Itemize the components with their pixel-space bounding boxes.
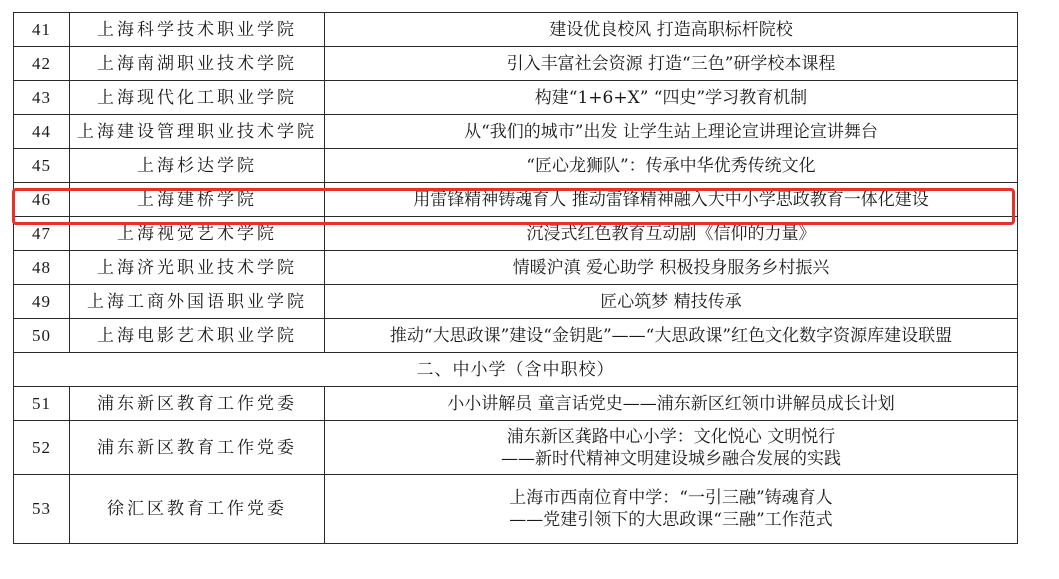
table-row: 53 徐汇区教育工作党委 上海市西南位育中学：“一引三融”铸魂育人 ——党建引领… xyxy=(14,475,1018,544)
project-title: 上海市西南位育中学：“一引三融”铸魂育人 ——党建引领下的大思政课“三融”工作范… xyxy=(325,475,1018,544)
table-row: 49 上海工商外国语职业学院 匠心筑梦 精技传承 xyxy=(14,285,1018,319)
row-number: 47 xyxy=(14,217,70,251)
table-row: 48 上海济光职业技术学院 情暖沪滇 爱心助学 积极投身服务乡村振兴 xyxy=(14,251,1018,285)
project-title: 沉浸式红色教育互动剧《信仰的力量》 xyxy=(325,217,1018,251)
project-title: 用雷锋精神铸魂育人 推动雷锋精神融入大中小学思政教育一体化建设 xyxy=(325,183,1018,217)
project-title-line: 上海市西南位育中学：“一引三融”铸魂育人 xyxy=(325,487,1017,509)
row-number: 50 xyxy=(14,319,70,353)
project-title: 匠心筑梦 精技传承 xyxy=(325,285,1018,319)
unit-name: 上海南湖职业技术学院 xyxy=(70,47,325,81)
table-row: 42 上海南湖职业技术学院 引入丰富社会资源 打造“三色”研学校本课程 xyxy=(14,47,1018,81)
unit-name: 上海科学技术职业学院 xyxy=(70,13,325,47)
project-title: 情暖沪滇 爱心助学 积极投身服务乡村振兴 xyxy=(325,251,1018,285)
table-row: 50 上海电影艺术职业学院 推动“大思政课”建设“金钥匙”——“大思政课”红色文… xyxy=(14,319,1018,353)
row-number: 42 xyxy=(14,47,70,81)
row-number: 48 xyxy=(14,251,70,285)
row-number: 53 xyxy=(14,475,70,544)
row-number: 44 xyxy=(14,115,70,149)
unit-name: 浦东新区教育工作党委 xyxy=(70,421,325,475)
project-title: 推动“大思政课”建设“金钥匙”——“大思政课”红色文化数字资源库建设联盟 xyxy=(325,319,1018,353)
project-list-table: 41 上海科学技术职业学院 建设优良校风 打造高职标杆院校 42 上海南湖职业技… xyxy=(13,12,1018,544)
unit-name: 上海工商外国语职业学院 xyxy=(70,285,325,319)
table-row: 41 上海科学技术职业学院 建设优良校风 打造高职标杆院校 xyxy=(14,13,1018,47)
row-number: 46 xyxy=(14,183,70,217)
row-number: 49 xyxy=(14,285,70,319)
table-row-highlighted: 46 上海建桥学院 用雷锋精神铸魂育人 推动雷锋精神融入大中小学思政教育一体化建… xyxy=(14,183,1018,217)
row-number: 52 xyxy=(14,421,70,475)
unit-name: 徐汇区教育工作党委 xyxy=(70,475,325,544)
table-row: 52 浦东新区教育工作党委 浦东新区龚路中心小学：文化悦心 文明悦行 ——新时代… xyxy=(14,421,1018,475)
unit-name: 上海济光职业技术学院 xyxy=(70,251,325,285)
project-title-line: ——新时代精神文明建设城乡融合发展的实践 xyxy=(325,448,1017,470)
row-number: 45 xyxy=(14,149,70,183)
table-row: 44 上海建设管理职业技术学院 从“我们的城市”出发 让学生站上理论宣讲理论宣讲… xyxy=(14,115,1018,149)
table-row: 47 上海视觉艺术学院 沉浸式红色教育互动剧《信仰的力量》 xyxy=(14,217,1018,251)
unit-name: 浦东新区教育工作党委 xyxy=(70,387,325,421)
unit-name: 上海建设管理职业技术学院 xyxy=(70,115,325,149)
project-title: 浦东新区龚路中心小学：文化悦心 文明悦行 ——新时代精神文明建设城乡融合发展的实… xyxy=(325,421,1018,475)
unit-name: 上海杉达学院 xyxy=(70,149,325,183)
project-title: 构建“1+6+X” “四史”学习教育机制 xyxy=(325,81,1018,115)
section-heading-row: 二、中小学（含中职校） xyxy=(14,353,1018,387)
project-title: “匠心龙狮队”：传承中华优秀传统文化 xyxy=(325,149,1018,183)
table-row: 43 上海现代化工职业学院 构建“1+6+X” “四史”学习教育机制 xyxy=(14,81,1018,115)
row-number: 43 xyxy=(14,81,70,115)
row-number: 41 xyxy=(14,13,70,47)
unit-name: 上海现代化工职业学院 xyxy=(70,81,325,115)
project-title-line: 浦东新区龚路中心小学：文化悦心 文明悦行 xyxy=(325,426,1017,448)
table-row: 51 浦东新区教育工作党委 小小讲解员 童言话党史——浦东新区红领巾讲解员成长计… xyxy=(14,387,1018,421)
unit-name: 上海电影艺术职业学院 xyxy=(70,319,325,353)
project-title: 从“我们的城市”出发 让学生站上理论宣讲理论宣讲舞台 xyxy=(325,115,1018,149)
unit-name: 上海视觉艺术学院 xyxy=(70,217,325,251)
project-title: 建设优良校风 打造高职标杆院校 xyxy=(325,13,1018,47)
project-title: 引入丰富社会资源 打造“三色”研学校本课程 xyxy=(325,47,1018,81)
project-title-line: ——党建引领下的大思政课“三融”工作范式 xyxy=(325,509,1017,531)
project-title: 小小讲解员 童言话党史——浦东新区红领巾讲解员成长计划 xyxy=(325,387,1018,421)
project-title-line: 小小讲解员 童言话党史——浦东新区红领巾讲解员成长计划 xyxy=(325,393,1017,415)
unit-name: 上海建桥学院 xyxy=(70,183,325,217)
section-heading: 二、中小学（含中职校） xyxy=(14,353,1018,387)
row-number: 51 xyxy=(14,387,70,421)
table-row: 45 上海杉达学院 “匠心龙狮队”：传承中华优秀传统文化 xyxy=(14,149,1018,183)
